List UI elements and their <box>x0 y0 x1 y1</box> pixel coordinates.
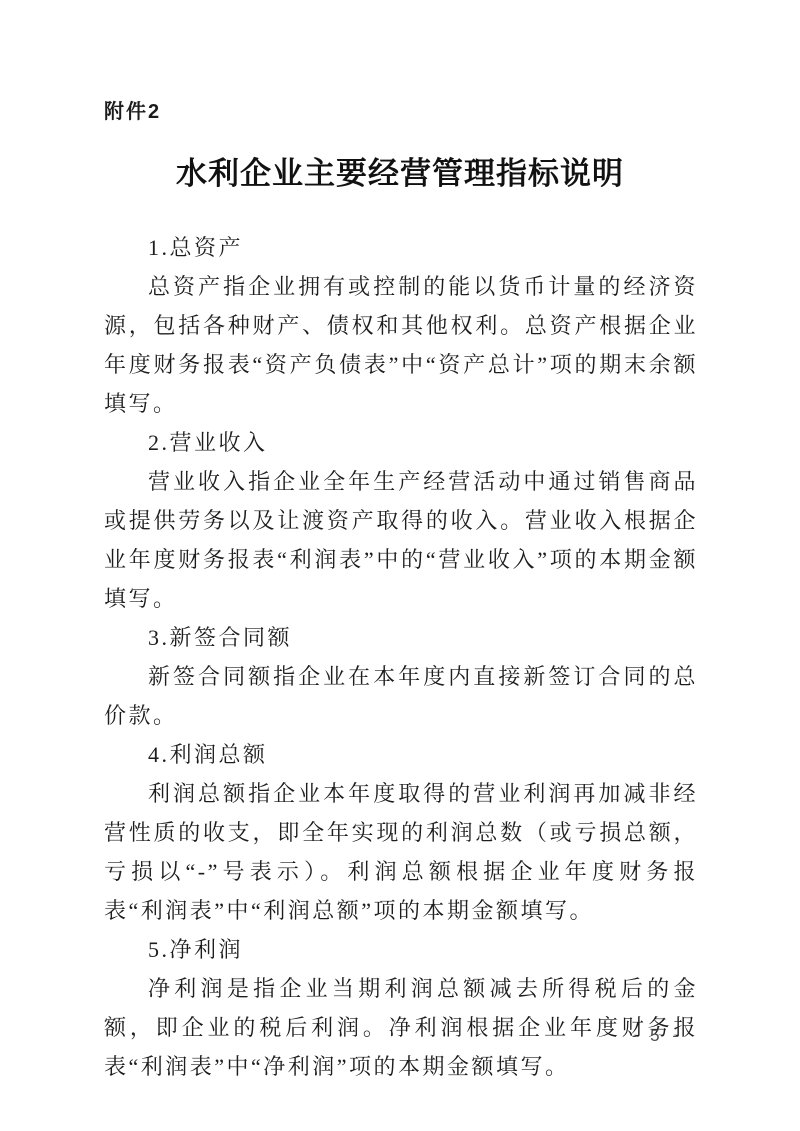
section-heading: 3.新签合同额 <box>104 618 698 657</box>
section-paragraph: 净利润是指企业当期利润总额减去所得税后的金额，即企业的税后利润。净利润根据企业年… <box>104 969 698 1086</box>
section-heading: 2.营业收入 <box>104 423 698 462</box>
page-number: - 5 - <box>632 1026 682 1046</box>
section-net-profit: 5.净利润 净利润是指企业当期利润总额减去所得税后的金额，即企业的税后利润。净利… <box>104 930 698 1086</box>
attachment-label: 附件2 <box>104 95 161 124</box>
section-total-profit: 4.利润总额 利润总额指企业本年度取得的营业利润再加减非经营性质的收支，即全年实… <box>104 735 698 930</box>
section-new-contract-amount: 3.新签合同额 新签合同额指企业在本年度内直接新签订合同的总价款。 <box>104 618 698 735</box>
section-paragraph: 新签合同额指企业在本年度内直接新签订合同的总价款。 <box>104 657 698 735</box>
section-operating-revenue: 2.营业收入 营业收入指企业全年生产经营活动中通过销售商品或提供劳务以及让渡资产… <box>104 423 698 618</box>
document-body: 1.总资产 总资产指企业拥有或控制的能以货币计量的经济资源，包括各种财产、债权和… <box>104 228 698 1086</box>
section-total-assets: 1.总资产 总资产指企业拥有或控制的能以货币计量的经济资源，包括各种财产、债权和… <box>104 228 698 423</box>
section-paragraph: 总资产指企业拥有或控制的能以货币计量的经济资源，包括各种财产、债权和其他权利。总… <box>104 267 698 423</box>
section-paragraph: 营业收入指企业全年生产经营活动中通过销售商品或提供劳务以及让渡资产取得的收入。营… <box>104 462 698 618</box>
document-title: 水利企业主要经营管理指标说明 <box>0 148 800 193</box>
section-heading: 5.净利润 <box>104 930 698 969</box>
section-heading: 4.利润总额 <box>104 735 698 774</box>
document-page: 附件2 水利企业主要经营管理指标说明 1.总资产 总资产指企业拥有或控制的能以货… <box>0 0 800 1131</box>
section-paragraph: 利润总额指企业本年度取得的营业利润再加减非经营性质的收支，即全年实现的利润总数（… <box>104 774 698 930</box>
section-heading: 1.总资产 <box>104 228 698 267</box>
